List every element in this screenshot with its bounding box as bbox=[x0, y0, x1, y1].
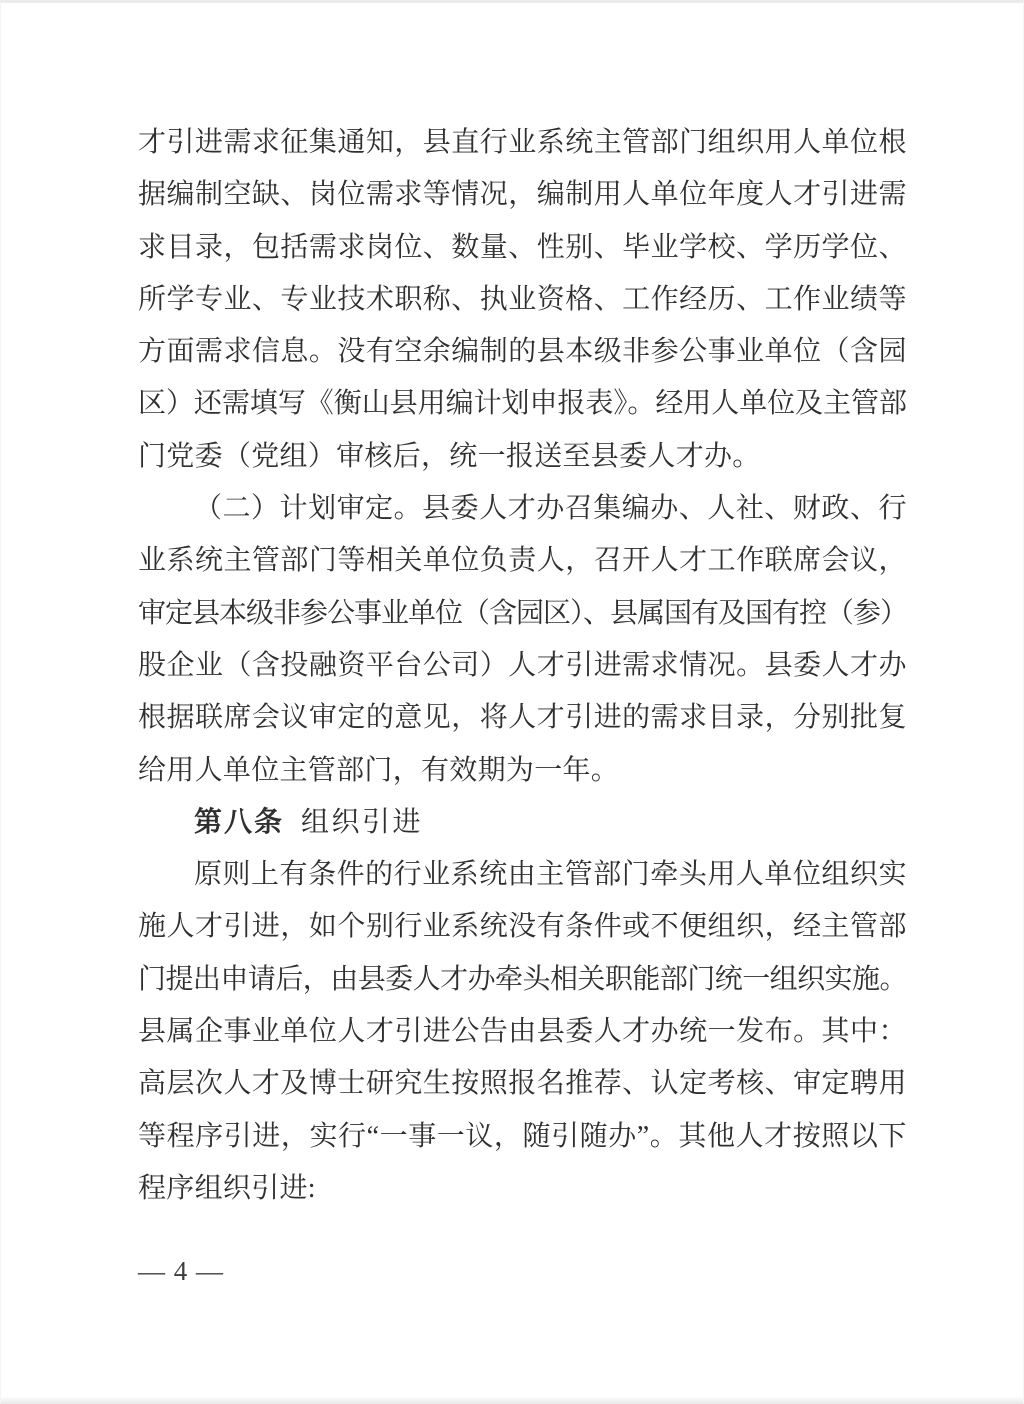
text-run: 求目录，包括需求岗位、数量、性别、毕业学校、学历学位、 bbox=[138, 232, 907, 263]
text-line: 股企业（含投融资平台公司）人才引进需求情况。县委人才办 bbox=[138, 640, 907, 692]
text-run: 据编制空缺、岗位需求等情况，编制用人单位年度人才引进需 bbox=[138, 179, 907, 210]
text-line: 等程序引进，实行“一事一议，随引随办”。其他人才按照以下 bbox=[138, 1111, 907, 1163]
text-line: 根据联席会议审定的意见，将人才引进的需求目录，分别批复 bbox=[138, 692, 907, 744]
heading-title: 组织引进 bbox=[301, 807, 423, 838]
text-run: （二）计划审定。县委人才办召集编办、人社、财政、行 bbox=[194, 493, 907, 524]
document-page: 才引进需求征集通知，县直行业系统主管部门组织用人单位根据编制空缺、岗位需求等情况… bbox=[0, 0, 1024, 1404]
heading-number: 第八条 bbox=[194, 807, 284, 838]
text-run: 给用人单位主管部门，有效期为一年。 bbox=[138, 755, 619, 786]
document-body: 才引进需求征集通知，县直行业系统主管部门组织用人单位根据编制空缺、岗位需求等情况… bbox=[138, 117, 907, 1215]
text-run: 门提出申请后，由县委人才办牵头相关职能部门统一组织实施。 bbox=[138, 964, 907, 995]
text-line: 业系统主管部门等相关单位负责人，召开人才工作联席会议， bbox=[138, 535, 907, 587]
page-number: — 4 — bbox=[138, 1247, 224, 1295]
text-run: 高层次人才及博士研究生按照报名推荐、认定考核、审定聘用 bbox=[138, 1068, 907, 1099]
text-run: 业系统主管部门等相关单位负责人，召开人才工作联席会议， bbox=[138, 545, 907, 576]
text-line: 门提出申请后，由县委人才办牵头相关职能部门统一组织实施。 bbox=[138, 954, 907, 1006]
text-line: 求目录，包括需求岗位、数量、性别、毕业学校、学历学位、 bbox=[138, 222, 907, 274]
text-line: 方面需求信息。没有空余编制的县本级非参公事业单位（含园 bbox=[138, 326, 907, 378]
text-line: （二）计划审定。县委人才办召集编办、人社、财政、行 bbox=[138, 483, 907, 535]
text-run: 门党委（党组）审核后，统一报送至县委人才办。 bbox=[138, 441, 761, 472]
text-run: 根据联席会议审定的意见，将人才引进的需求目录，分别批复 bbox=[138, 702, 907, 733]
text-run: 股企业（含投融资平台公司）人才引进需求情况。县委人才办 bbox=[138, 650, 907, 681]
text-run: 才引进需求征集通知，县直行业系统主管部门组织用人单位根 bbox=[138, 127, 907, 158]
text-line: 高层次人才及博士研究生按照报名推荐、认定考核、审定聘用 bbox=[138, 1058, 907, 1110]
text-run: 原则上有条件的行业系统由主管部门牵头用人单位组织实 bbox=[194, 859, 907, 890]
text-line: 门党委（党组）审核后，统一报送至县委人才办。 bbox=[138, 431, 907, 483]
text-line: 所学专业、专业技术职称、执业资格、工作经历、工作业绩等 bbox=[138, 274, 907, 326]
section-heading: 第八条组织引进 bbox=[138, 797, 907, 849]
text-run: 等程序引进，实行“一事一议，随引随办”。其他人才按照以下 bbox=[138, 1121, 907, 1152]
text-run: 所学专业、专业技术职称、执业资格、工作经历、工作业绩等 bbox=[138, 284, 907, 315]
text-line: 原则上有条件的行业系统由主管部门牵头用人单位组织实 bbox=[138, 849, 907, 901]
text-line: 施人才引进，如个别行业系统没有条件或不便组织，经主管部 bbox=[138, 901, 907, 953]
text-line: 据编制空缺、岗位需求等情况，编制用人单位年度人才引进需 bbox=[138, 169, 907, 221]
text-run: 区）还需填写《衡山县用编计划申报表》。经用人单位及主管部 bbox=[138, 388, 907, 419]
text-run: 程序组织引进: bbox=[138, 1173, 316, 1204]
text-line: 给用人单位主管部门，有效期为一年。 bbox=[138, 745, 907, 797]
text-run: 审定县本级非参公事业单位（含园区）、县属国有及国有控（参） bbox=[138, 598, 907, 629]
text-line: 才引进需求征集通知，县直行业系统主管部门组织用人单位根 bbox=[138, 117, 907, 169]
text-run: 方面需求信息。没有空余编制的县本级非参公事业单位（含园 bbox=[138, 336, 907, 367]
text-line: 区）还需填写《衡山县用编计划申报表》。经用人单位及主管部 bbox=[138, 378, 907, 430]
text-run: 施人才引进，如个别行业系统没有条件或不便组织，经主管部 bbox=[138, 911, 907, 942]
text-line: 审定县本级非参公事业单位（含园区）、县属国有及国有控（参） bbox=[138, 588, 907, 640]
text-run: 县属企事业单位人才引进公告由县委人才办统一发布。其中： bbox=[138, 1016, 907, 1047]
text-line: 县属企事业单位人才引进公告由县委人才办统一发布。其中： bbox=[138, 1006, 907, 1058]
text-line: 程序组织引进: bbox=[138, 1163, 907, 1215]
